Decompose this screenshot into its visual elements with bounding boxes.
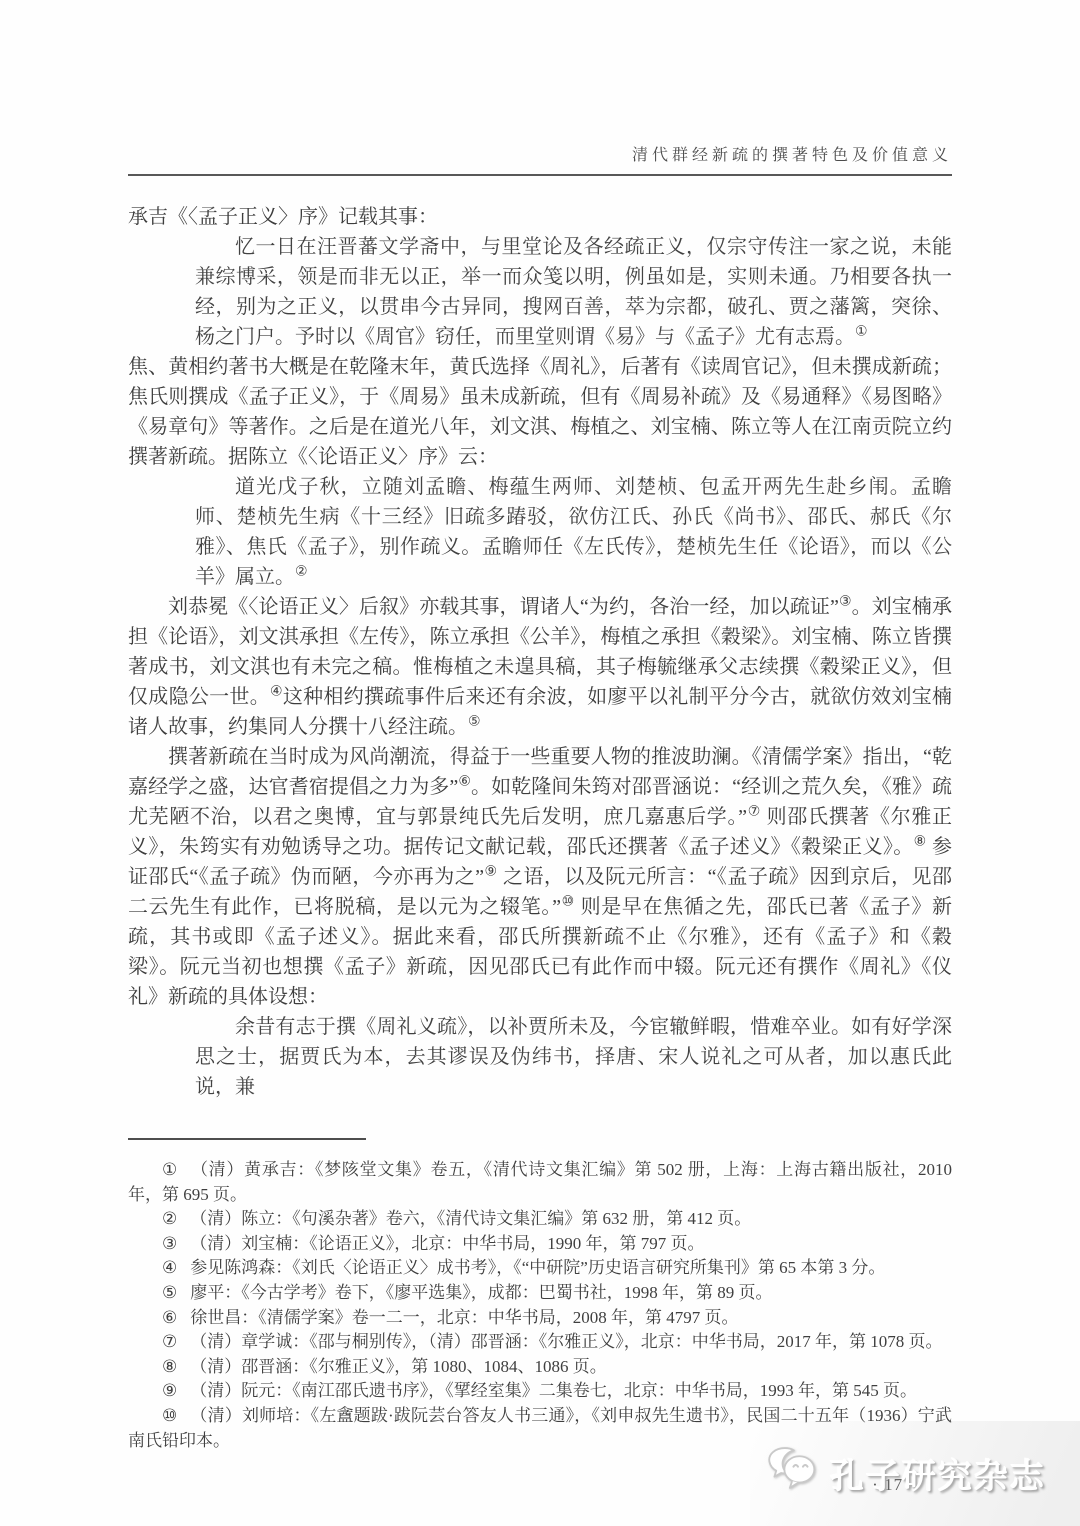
footnotes-section: ①（清）黄承吉：《梦陔堂文集》卷五，《清代诗文集汇编》第 502 册，上海：上海… bbox=[128, 1138, 952, 1453]
footnote-text: （清）刘宝楠：《论语正义》，北京：中华书局，1990 年，第 797 页。 bbox=[190, 1234, 704, 1253]
footnote-item: ⑨（清）阮元：《南江邵氏遗书序》，《揅经室集》二集卷七，北京：中华书局，1993… bbox=[128, 1379, 952, 1404]
footnote-separator bbox=[128, 1138, 366, 1140]
footnote-marker: ⑦ bbox=[162, 1332, 177, 1351]
footnote-text: （清）阮元：《南江邵氏遗书序》，《揅经室集》二集卷七，北京：中华书局，1993 … bbox=[190, 1381, 917, 1400]
running-head-title: 清代群经新疏的撰著特色及价值意义 bbox=[128, 0, 952, 165]
footnote-marker: ⑥ bbox=[162, 1308, 177, 1327]
block-quote: 余昔有志于撰《周礼义疏》，以补贾所未及，今宦辙鲜暇，惜难卒业。如有好学深思之士，… bbox=[195, 1012, 952, 1102]
footnote-marker: ③ bbox=[162, 1234, 177, 1253]
footnote-marker: ① bbox=[162, 1160, 178, 1179]
paragraph: 刘恭冕《〈论语正义〉后叙》亦载其事，谓诸人“为约，各治一经，加以疏证”③。刘宝楠… bbox=[128, 592, 952, 742]
footnote-item: ④参见陈鸿森：《刘氏〈论语正义〉成书考》，《“中研院”历史语言研究所集刊》第 6… bbox=[128, 1256, 952, 1281]
footnote-marker: ⑤ bbox=[162, 1283, 177, 1302]
footnote-item: ①（清）黄承吉：《梦陔堂文集》卷五，《清代诗文集汇编》第 502 册，上海：上海… bbox=[128, 1158, 952, 1207]
footnote-text: 廖平：《今古学考》卷下，《廖平选集》，成都：巴蜀书社，1998 年，第 89 页… bbox=[190, 1283, 772, 1302]
watermark-text: 孔子研究杂志 bbox=[830, 1449, 1046, 1498]
footnote-marker: ④ bbox=[162, 1258, 177, 1277]
footnote-item: ③（清）刘宝楠：《论语正义》，北京：中华书局，1990 年，第 797 页。 bbox=[128, 1232, 952, 1257]
footnote-item: ②（清）陈立：《句溪杂著》卷六，《清代诗文集汇编》第 632 册，第 412 页… bbox=[128, 1207, 952, 1232]
paragraph: 撰著新疏在当时成为风尚潮流，得益于一些重要人物的推波助澜。《清儒学案》指出，“乾… bbox=[128, 742, 952, 1012]
journal-watermark: 孔子研究杂志 bbox=[750, 1421, 1080, 1526]
chat-bubbles-logo-icon bbox=[764, 1445, 822, 1496]
footnote-item: ⑥徐世昌：《清儒学案》卷一二一，北京：中华书局，2008 年，第 4797 页。 bbox=[128, 1306, 952, 1331]
paragraph: 承吉《〈孟子正义〉序》记载其事： bbox=[128, 202, 952, 232]
footnote-text: （清）章学诚：《邵与桐别传》，（清）邵晋涵：《尔雅正义》，北京：中华书局，201… bbox=[190, 1332, 942, 1351]
footnote-text: 参见陈鸿森：《刘氏〈论语正义〉成书考》，《“中研院”历史语言研究所集刊》第 65… bbox=[190, 1258, 885, 1277]
footnote-text: （清）陈立：《句溪杂著》卷六，《清代诗文集汇编》第 632 册，第 412 页。 bbox=[190, 1209, 751, 1228]
footnote-marker: ⑨ bbox=[162, 1381, 177, 1400]
footnote-marker: ⑩ bbox=[162, 1406, 177, 1425]
block-quote: 忆一日在汪晋蕃文学斋中，与里堂论及各经疏正义，仅宗守传注一家之说，未能兼综博采，… bbox=[195, 232, 952, 352]
footnote-item: ⑧（清）邵晋涵：《尔雅正义》，第 1080、1084、1086 页。 bbox=[128, 1355, 952, 1380]
footnote-text: （清）黄承吉：《梦陔堂文集》卷五，《清代诗文集汇编》第 502 册，上海：上海古… bbox=[128, 1160, 952, 1204]
footnote-item: ⑤廖平：《今古学考》卷下，《廖平选集》，成都：巴蜀书社，1998 年，第 89 … bbox=[128, 1281, 952, 1306]
footnote-marker: ⑧ bbox=[162, 1357, 177, 1376]
footnote-marker: ② bbox=[162, 1209, 177, 1228]
footnote-item: ⑦（清）章学诚：《邵与桐别传》，（清）邵晋涵：《尔雅正义》，北京：中华书局，20… bbox=[128, 1330, 952, 1355]
block-quote: 道光戊子秋，立随刘孟瞻、梅蕴生两师、刘楚桢、包孟开两先生赴乡闱。孟瞻师、楚桢先生… bbox=[195, 472, 952, 592]
header-rule bbox=[128, 174, 952, 176]
footnote-text: （清）邵晋涵：《尔雅正义》，第 1080、1084、1086 页。 bbox=[190, 1357, 607, 1376]
paragraph: 焦、黄相约著书大概是在乾隆末年，黄氏选择《周礼》，后著有《读周官记》，但未撰成新… bbox=[128, 352, 952, 472]
journal-page: 清代群经新疏的撰著特色及价值意义 承吉《〈孟子正义〉序》记载其事： 忆一日在汪晋… bbox=[0, 0, 1080, 1526]
article-body: 承吉《〈孟子正义〉序》记载其事： 忆一日在汪晋蕃文学斋中，与里堂论及各经疏正义，… bbox=[128, 202, 952, 1102]
footnote-text: 徐世昌：《清儒学案》卷一二一，北京：中华书局，2008 年，第 4797 页。 bbox=[190, 1308, 738, 1327]
